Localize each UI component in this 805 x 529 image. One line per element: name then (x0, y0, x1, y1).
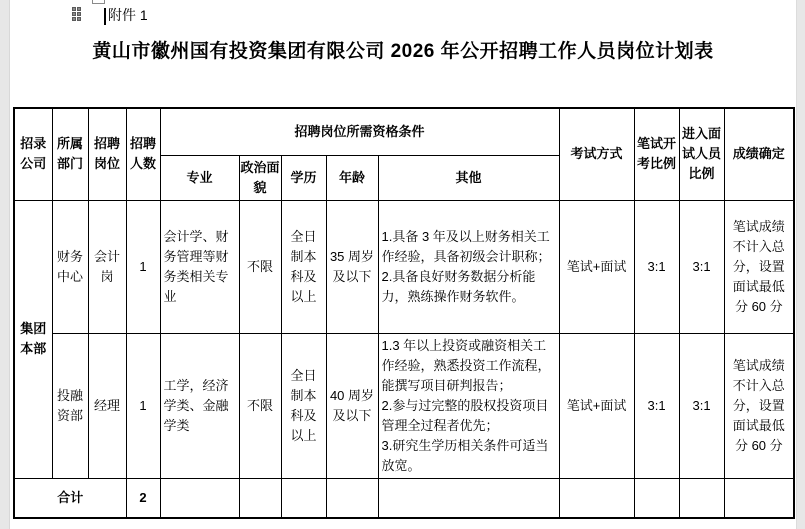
attachment-text: 附件 1 (108, 7, 148, 23)
header-other[interactable]: 其他 (378, 155, 559, 200)
cell-major[interactable]: 工学，经济学类、金融学类 (160, 333, 239, 478)
header-major[interactable]: 专业 (160, 155, 239, 200)
header-education[interactable]: 学历 (281, 155, 326, 200)
cell-age[interactable]: 40 周岁及以下 (326, 333, 378, 478)
empty-cell[interactable] (724, 478, 794, 518)
header-qualifications[interactable]: 招聘岗位所需资格条件 (160, 108, 559, 155)
empty-cell[interactable] (679, 478, 724, 518)
empty-cell[interactable] (326, 478, 378, 518)
scrollbar[interactable] (796, 0, 805, 529)
cell-other[interactable]: 1.具备 3 年及以上财务相关工作经验，具备初级会计职称； 2.具备良好财务数据… (378, 200, 559, 333)
header-age[interactable]: 年龄 (326, 155, 378, 200)
attachment-label[interactable]: 附件 1 (104, 6, 148, 25)
cell-department[interactable]: 财务中心 (52, 200, 88, 333)
cell-position[interactable]: 会计岗 (88, 200, 126, 333)
header-score[interactable]: 成绩确定 (724, 108, 794, 200)
header-interview-ratio[interactable]: 进入面试人员比例 (679, 108, 724, 200)
cell-exam-method[interactable]: 笔试+面试 (559, 200, 634, 333)
cell-headcount[interactable]: 1 (126, 200, 160, 333)
text-cursor (104, 8, 106, 25)
cell-headcount[interactable]: 1 (126, 333, 160, 478)
cell-age[interactable]: 35 周岁及以下 (326, 200, 378, 333)
cell-political[interactable]: 不限 (239, 200, 281, 333)
cell-other[interactable]: 1.3 年以上投资或融资相关工作经验，熟悉投资工作流程，能撰写项目研判报告； 2… (378, 333, 559, 478)
cell-position[interactable]: 经理 (88, 333, 126, 478)
cell-written-ratio[interactable]: 3:1 (634, 333, 679, 478)
cell-written-ratio[interactable]: 3:1 (634, 200, 679, 333)
cell-exam-method[interactable]: 笔试+面试 (559, 333, 634, 478)
header-written-ratio[interactable]: 笔试开考比例 (634, 108, 679, 200)
cell-interview-ratio[interactable]: 3:1 (679, 200, 724, 333)
cell-score[interactable]: 笔试成绩不计入总分，设置面试最低分 60 分 (724, 200, 794, 333)
total-row: 合计 2 (14, 478, 794, 518)
header-company[interactable]: 招录公司 (14, 108, 52, 200)
empty-cell[interactable] (634, 478, 679, 518)
empty-cell[interactable] (160, 478, 239, 518)
cell-interview-ratio[interactable]: 3:1 (679, 333, 724, 478)
header-department[interactable]: 所属部门 (52, 108, 88, 200)
empty-cell[interactable] (239, 478, 281, 518)
empty-cell[interactable] (378, 478, 559, 518)
left-margin-strip (0, 0, 10, 529)
header-political[interactable]: 政治面貌 (239, 155, 281, 200)
document-canvas[interactable]: { "page": { "attachment_label": "附件 1", … (0, 0, 805, 529)
recruitment-plan-table[interactable]: 招录公司 所属部门 招聘岗位 招聘人数 招聘岗位所需资格条件 考试方式 笔试开考… (13, 107, 795, 519)
cell-education[interactable]: 全日制本科及以上 (281, 200, 326, 333)
total-label[interactable]: 合计 (14, 478, 126, 518)
table-row: 投融资部 经理 1 工学，经济学类、金融学类 不限 全日制本科及以上 40 周岁… (14, 333, 794, 478)
page-title[interactable]: 黄山市徽州国有投资集团有限公司 2026 年公开招聘工作人员岗位计划表 (13, 36, 793, 63)
table-row: 集团本部 财务中心 会计岗 1 会计学、财务管理等财务类相关专业 不限 全日制本… (14, 200, 794, 333)
cell-political[interactable]: 不限 (239, 333, 281, 478)
cell-department[interactable]: 投融资部 (52, 333, 88, 478)
cell-education[interactable]: 全日制本科及以上 (281, 333, 326, 478)
header-headcount[interactable]: 招聘人数 (126, 108, 160, 200)
drag-handle-icon[interactable] (72, 7, 85, 21)
cell-major[interactable]: 会计学、财务管理等财务类相关专业 (160, 200, 239, 333)
cell-score[interactable]: 笔试成绩不计入总分，设置面试最低分 60 分 (724, 333, 794, 478)
cell-company-group[interactable]: 集团本部 (14, 200, 52, 478)
total-headcount[interactable]: 2 (126, 478, 160, 518)
empty-cell[interactable] (281, 478, 326, 518)
anchor-marker (92, 0, 105, 4)
header-position[interactable]: 招聘岗位 (88, 108, 126, 200)
empty-cell[interactable] (559, 478, 634, 518)
header-exam-method[interactable]: 考试方式 (559, 108, 634, 200)
